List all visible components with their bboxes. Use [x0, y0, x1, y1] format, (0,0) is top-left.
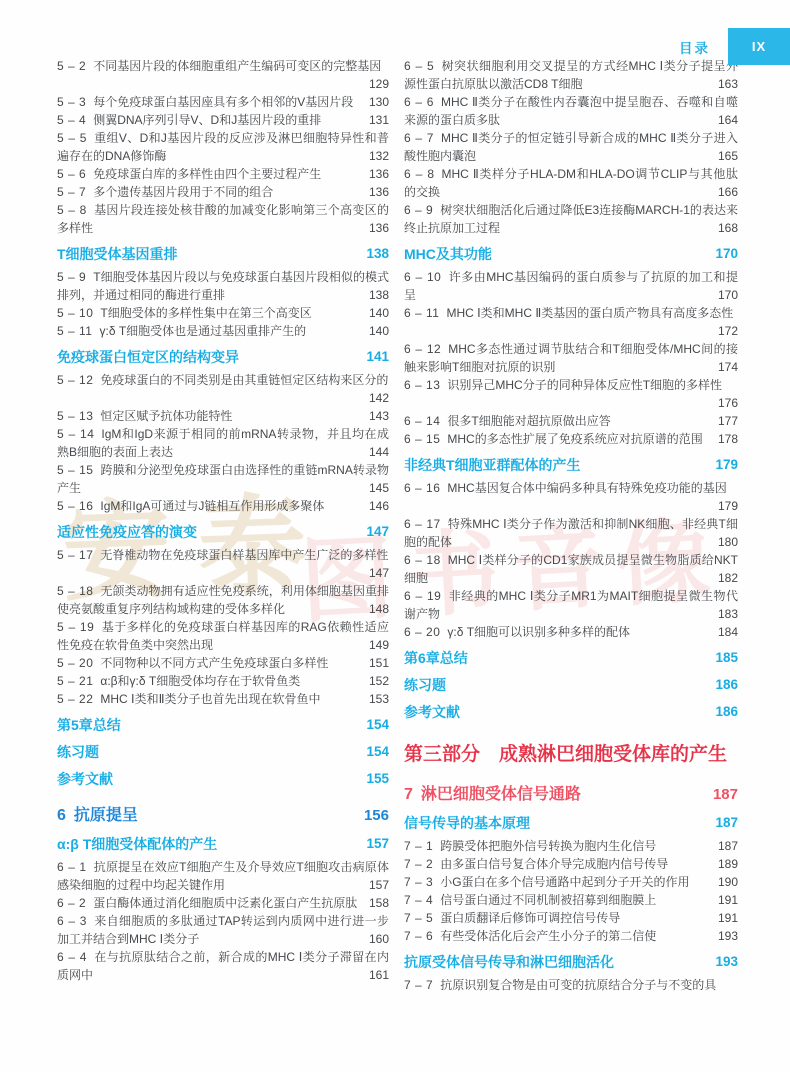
entry-page-number: 187: [710, 837, 738, 855]
toc-entry: 6 – 9树突状细胞活化后通过降低E3连接酶MARCH-1的表达来终止抗原加工过…: [404, 201, 738, 237]
entry-title: 信号传导的基本原理: [404, 815, 530, 831]
entry-title: 信号蛋白通过不同机制被招募到细胞膜上: [440, 893, 656, 907]
entry-page-number: 151: [361, 654, 389, 672]
entry-page-number: 186: [707, 702, 738, 722]
toc-entry: 5 – 8基因片段连接处核苷酸的加减变化影响第三个高变区的多样性136: [57, 201, 389, 237]
entry-number: 5 – 8: [57, 203, 87, 217]
entry-title: 跨膜和分泌型免疫球蛋白由选择性的重链mRNA转录物产生: [57, 463, 389, 495]
entry-number: 7: [404, 786, 413, 803]
entry-title: 非经典的MHC Ⅰ类分子MR1为MAIT细胞提呈微生物代谢产物: [404, 589, 738, 621]
toc-section-heading: MHC及其功能170: [404, 244, 738, 264]
entry-title: 恒定区赋予抗体功能特性: [100, 409, 232, 423]
page-number: IX: [752, 39, 766, 54]
entry-page-number: 132: [361, 147, 389, 165]
entry-title: 无颌类动物拥有适应性免疫系统，利用体细胞基因重排使亮氨酸重复序列结构域构建的受体…: [57, 584, 389, 616]
entry-number: 6 – 8: [404, 167, 435, 181]
toc-entry: 7 – 3小G蛋白在多个信号通路中起到分子开关的作用190: [404, 873, 738, 891]
toc-entry: 6 – 17特殊MHC Ⅰ类分子作为激活和抑制NK细胞、非经典T细胞的配体180: [404, 515, 738, 551]
entry-title: MHC及其功能: [404, 246, 492, 262]
toc-entry: 5 – 18无颌类动物拥有适应性免疫系统，利用体细胞基因重排使亮氨酸重复序列结构…: [57, 582, 389, 618]
toc-entry: 6 – 12MHC多态性通过调节肽结合和T细胞受体/MHC间的接触来影响T细胞对…: [404, 340, 738, 376]
entry-page-number: 174: [710, 358, 738, 376]
toc-entry: 5 – 20不同物种以不同方式产生免疫球蛋白多样性151: [57, 654, 389, 672]
entry-number: 6 – 6: [404, 95, 434, 109]
entry-page-number: 164: [710, 111, 738, 129]
toc-section-heading: 参考文献186: [404, 702, 738, 722]
entry-page-number: 180: [710, 533, 738, 551]
entry-page-number: 177: [710, 412, 738, 430]
toc-entry: 6 – 20γ:δ T细胞可以识别多种多样的配体184: [404, 623, 738, 641]
entry-title: 不同基因片段的体细胞重组产生编码可变区的完整基因: [93, 59, 381, 73]
entry-page-number: 146: [361, 497, 389, 515]
entry-page-number: 138: [358, 244, 389, 264]
entry-page-number: 184: [710, 623, 738, 641]
entry-page-number: 160: [361, 930, 389, 948]
entry-page-number: 143: [361, 407, 389, 425]
toc-section-heading: 免疫球蛋白恒定区的结构变异141: [57, 347, 389, 367]
toc-section-heading: 第5章总结154: [57, 715, 389, 735]
entry-number: 7 – 4: [404, 893, 433, 907]
entry-title: MHC Ⅱ类样分子HLA-DM和HLA-DO调节CLIP与其他肽的交换: [404, 167, 738, 199]
entry-number: 5 – 15: [57, 463, 93, 477]
entry-title: 蛋白质翻译后修饰可调控信号传导: [440, 911, 620, 925]
toc-entry: 5 – 19基于多样化的免疫球蛋白样基因库的RAG依赖性适应性免疫在软骨鱼类中突…: [57, 618, 389, 654]
toc-entry: 6 – 16MHC基因复合体中编码多种具有特殊免疫功能的基因179: [404, 479, 738, 515]
toc-entry: 6 – 14很多T细胞能对超抗原做出应答177: [404, 412, 738, 430]
entry-title: MHC的多态性扩展了免疫系统应对抗原谱的范围: [447, 432, 702, 446]
toc-entry: 6 – 3来自细胞质的多肽通过TAP转运到内质网中进行进一步加工并结合到MHC …: [57, 912, 389, 948]
entry-page-number: 191: [710, 891, 738, 909]
entry-page-number: 142: [361, 389, 389, 407]
entry-number: 5 – 7: [57, 185, 86, 199]
toc-entry: 5 – 12免疫球蛋白的不同类别是由其重链恒定区结构来区分的142: [57, 371, 389, 407]
entry-number: 5 – 12: [57, 373, 93, 387]
entry-number: 6 – 15: [404, 432, 440, 446]
entry-page-number: 157: [358, 834, 389, 854]
entry-page-number: 147: [361, 564, 389, 582]
entry-number: 5 – 13: [57, 409, 93, 423]
entry-number: 6 – 5: [404, 59, 434, 73]
entry-page-number: 157: [361, 876, 389, 894]
toc-entry: 5 – 7多个遗传基因片段用于不同的组合136: [57, 183, 389, 201]
entry-number: 6 – 4: [57, 950, 87, 964]
entry-title: 许多由MHC基因编码的蛋白质参与了抗原的加工和提呈: [404, 270, 738, 302]
entry-title: 抗原提呈在效应T细胞产生及介导效应T细胞攻击病原体感染细胞的过程中均起关键作用: [57, 860, 389, 892]
entry-number: 5 – 14: [57, 427, 94, 441]
entry-page-number: 179: [707, 455, 738, 475]
entry-title: MHC多态性通过调节肽结合和T细胞受体/MHC间的接触来影响T细胞对抗原的识别: [404, 342, 738, 374]
entry-number: 7 – 2: [404, 857, 433, 871]
entry-number: 5 – 9: [57, 270, 86, 284]
entry-page-number: 172: [710, 322, 738, 340]
entry-title: 基于多样化的免疫球蛋白样基因库的RAG依赖性适应性免疫在软骨鱼类中突然出现: [57, 620, 389, 652]
entry-page-number: 186: [707, 675, 738, 695]
entry-page-number: 136: [361, 165, 389, 183]
entry-title: IgM和IgA可通过与J链相互作用形成多聚体: [100, 499, 324, 513]
entry-page-number: 179: [710, 497, 738, 515]
toc-entry: 5 – 22MHC Ⅰ类和Ⅱ类分子也首先出现在软骨鱼中153: [57, 690, 389, 708]
entry-page-number: 149: [361, 636, 389, 654]
entry-title: 适应性免疫应答的演变: [57, 524, 197, 540]
entry-title: 来自细胞质的多肽通过TAP转运到内质网中进行进一步加工并结合到MHC Ⅰ类分子: [57, 914, 389, 946]
toc-entry: 5 – 5重组V、D和J基因片段的反应涉及淋巴细胞特异性和普遍存在的DNA修饰酶…: [57, 129, 389, 165]
entry-page-number: 147: [358, 522, 389, 542]
entry-page-number: 161: [361, 966, 389, 984]
entry-number: 7 – 1: [404, 839, 433, 853]
entry-title: 有些受体活化后会产生小分子的第二信使: [440, 929, 656, 943]
entry-page-number: 170: [710, 286, 738, 304]
entry-title: 基因片段连接处核苷酸的加减变化影响第三个高变区的多样性: [57, 203, 389, 235]
entry-title: IgM和IgD来源于相同的前mRNA转录物，并且均在成熟B细胞的表面上表达: [57, 427, 389, 459]
entry-title: MHC基因复合体中编码多种具有特殊免疫功能的基因: [447, 481, 726, 495]
entry-number: 7 – 6: [404, 929, 433, 943]
toc-entry: 6 – 11MHC Ⅰ类和MHC Ⅱ类基因的蛋白质产物具有高度多态性172: [404, 304, 738, 340]
toc-entry: 6 – 15MHC的多态性扩展了免疫系统应对抗原谱的范围178: [404, 430, 738, 448]
toc-section-heading: 练习题186: [404, 675, 738, 695]
entry-number: 7 – 7: [404, 978, 433, 992]
toc-entry: 6 – 10许多由MHC基因编码的蛋白质参与了抗原的加工和提呈170: [404, 268, 738, 304]
toc-entry: 5 – 6免疫球蛋白库的多样性由四个主要过程产生136: [57, 165, 389, 183]
entry-number: 6 – 7: [404, 131, 434, 145]
toc-entry: 7 – 4信号蛋白通过不同机制被招募到细胞膜上191: [404, 891, 738, 909]
entry-title: 免疫球蛋白库的多样性由四个主要过程产生: [93, 167, 321, 181]
entry-title: 多个遗传基因片段用于不同的组合: [93, 185, 273, 199]
entry-page-number: 190: [710, 873, 738, 891]
entry-title: 跨膜受体把胞外信号转换为胞内生化信号: [440, 839, 656, 853]
entry-number: 5 – 22: [57, 692, 93, 706]
entry-page-number: 154: [358, 742, 389, 762]
toc-entry: 5 – 10T细胞受体的多样性集中在第三个高变区140: [57, 304, 389, 322]
toc-entry: 7 – 6有些受体活化后会产生小分子的第二信使193: [404, 927, 738, 945]
entry-page-number: 154: [358, 715, 389, 735]
entry-page-number: 153: [361, 690, 389, 708]
entry-number: 6 – 9: [404, 203, 433, 217]
entry-number: 5 – 2: [57, 59, 86, 73]
entry-title: 蛋白酶体通过消化细胞质中泛素化蛋白产生抗原肽: [93, 896, 357, 910]
toc-entry: 5 – 14IgM和IgD来源于相同的前mRNA转录物，并且均在成熟B细胞的表面…: [57, 425, 389, 461]
entry-page-number: 168: [710, 219, 738, 237]
entry-number: 6 – 17: [404, 517, 441, 531]
entry-title: MHC Ⅱ类分子的恒定链引导新合成的MHC Ⅱ类分子进入酸性胞内囊泡: [404, 131, 738, 163]
entry-number: 6 – 1: [57, 860, 87, 874]
entry-title: T细胞受体基因片段以与免疫球蛋白基因片段相似的模式排列，并通过相同的酶进行重排: [57, 270, 389, 302]
entry-title: 第6章总结: [404, 650, 468, 666]
entry-title: MHC Ⅱ类分子在酸性内吞囊泡中提呈胞吞、吞噬和自噬来源的蛋白质多肽: [404, 95, 738, 127]
entry-number: 6 – 11: [404, 306, 439, 320]
toc-entry: 6 – 2蛋白酶体通过消化细胞质中泛素化蛋白产生抗原肽158: [57, 894, 389, 912]
entry-number: 6: [57, 807, 66, 824]
entry-title: 树突状细胞利用交叉提呈的方式经MHC Ⅰ类分子提呈外源性蛋白抗原肽以激活CD8 …: [404, 59, 738, 91]
entry-title: 特殊MHC Ⅰ类分子作为激活和抑制NK细胞、非经典T细胞的配体: [404, 517, 738, 549]
toc-entry: 6 – 8MHC Ⅱ类样分子HLA-DM和HLA-DO调节CLIP与其他肽的交换…: [404, 165, 738, 201]
toc-entry: 6 – 7MHC Ⅱ类分子的恒定链引导新合成的MHC Ⅱ类分子进入酸性胞内囊泡1…: [404, 129, 738, 165]
toc-entry: 6 – 6MHC Ⅱ类分子在酸性内吞囊泡中提呈胞吞、吞噬和自噬来源的蛋白质多肽1…: [404, 93, 738, 129]
entry-title: 抗原受体信号传导和淋巴细胞活化: [404, 954, 614, 970]
toc-entry: 5 – 4侧翼DNA序列引导V、D和J基因片段的重排131: [57, 111, 389, 129]
entry-number: 5 – 16: [57, 499, 93, 513]
page-number-badge: IX: [728, 28, 790, 65]
toc-entry: 6 – 19非经典的MHC Ⅰ类分子MR1为MAIT细胞提呈微生物代谢产物183: [404, 587, 738, 623]
entry-page-number: 191: [710, 909, 738, 927]
entry-title: 抗原提呈: [74, 807, 138, 824]
entry-page-number: 130: [361, 93, 389, 111]
entry-title: 练习题: [404, 677, 446, 693]
toc-section-heading: 信号传导的基本原理187: [404, 813, 738, 833]
toc-entry: 5 – 2不同基因片段的体细胞重组产生编码可变区的完整基因129: [57, 57, 389, 93]
entry-title: 每个免疫球蛋白基因座具有多个相邻的V基因片段: [93, 95, 353, 109]
toc-entry: 5 – 15跨膜和分泌型免疫球蛋白由选择性的重链mRNA转录物产生145: [57, 461, 389, 497]
entry-page-number: 136: [361, 219, 389, 237]
toc-section-heading: 练习题154: [57, 742, 389, 762]
entry-title: 参考文献: [404, 704, 460, 720]
entry-title: MHC Ⅰ类样分子的CD1家族成员提呈微生物脂质给NKT细胞: [404, 553, 738, 585]
entry-number: 5 – 19: [57, 620, 94, 634]
toc-section-heading: 第6章总结185: [404, 648, 738, 668]
entry-page-number: 138: [361, 286, 389, 304]
toc-entry: 5 – 9T细胞受体基因片段以与免疫球蛋白基因片段相似的模式排列，并通过相同的酶…: [57, 268, 389, 304]
entry-number: 6 – 14: [404, 414, 440, 428]
entry-page-number: 158: [361, 894, 389, 912]
entry-title: MHC Ⅰ类和Ⅱ类分子也首先出现在软骨鱼中: [100, 692, 320, 706]
entry-title: 侧翼DNA序列引导V、D和J基因片段的重排: [93, 113, 321, 127]
toc-entry: 6 – 18MHC Ⅰ类样分子的CD1家族成员提呈微生物脂质给NKT细胞182: [404, 551, 738, 587]
toc-entry: 6 – 1抗原提呈在效应T细胞产生及介导效应T细胞攻击病原体感染细胞的过程中均起…: [57, 858, 389, 894]
toc-entry: 7 – 1跨膜受体把胞外信号转换为胞内生化信号187: [404, 837, 738, 855]
entry-number: 5 – 18: [57, 584, 93, 598]
entry-page-number: 185: [707, 648, 738, 668]
entry-page-number: 141: [358, 347, 389, 367]
entry-title: 重组V、D和J基因片段的反应涉及淋巴细胞特异性和普遍存在的DNA修饰酶: [57, 131, 389, 163]
entry-number: 7 – 3: [404, 875, 433, 889]
entry-page-number: 129: [361, 75, 389, 93]
toc-entry: 6 – 4在与抗原肽结合之前，新合成的MHC Ⅰ类分子滞留在内质网中161: [57, 948, 389, 984]
toc-entry: 5 – 3每个免疫球蛋白基因座具有多个相邻的V基因片段130: [57, 93, 389, 111]
entry-page-number: 182: [710, 569, 738, 587]
entry-page-number: 136: [361, 183, 389, 201]
entry-page-number: 156: [356, 805, 389, 827]
entry-title: 免疫球蛋白的不同类别是由其重链恒定区结构来区分的: [100, 373, 388, 387]
toc-section-heading: 适应性免疫应答的演变147: [57, 522, 389, 542]
entry-number: 5 – 17: [57, 548, 93, 562]
entry-number: 5 – 20: [57, 656, 93, 670]
entry-title: 小G蛋白在多个信号通路中起到分子开关的作用: [440, 875, 689, 889]
entry-number: 5 – 11: [57, 324, 92, 338]
entry-number: 5 – 5: [57, 131, 87, 145]
entry-title: γ:δ T细胞受体也是通过基因重排产生的: [99, 324, 306, 338]
toc-entry: 6 – 13识别异己MHC分子的同种异体反应性T细胞的多样性176: [404, 376, 738, 412]
entry-title: α:β T细胞受体配体的产生: [57, 836, 217, 852]
toc-section-heading: 参考文献155: [57, 769, 389, 789]
toc-section-heading: 抗原受体信号传导和淋巴细胞活化193: [404, 952, 738, 972]
toc-page: 目录 IX 安泰 图书音像 5 – 2不同基因片段的体细胞重组产生编码可变区的完…: [0, 0, 790, 1072]
entry-page-number: 183: [710, 605, 738, 623]
entry-page-number: 193: [710, 927, 738, 945]
entry-title: 无脊椎动物在免疫球蛋白样基因库中产生广泛的多样性: [100, 548, 388, 562]
entry-number: 6 – 2: [57, 896, 86, 910]
entry-title: γ:δ T细胞可以识别多种多样的配体: [447, 625, 630, 639]
toc-chapter-heading: 7淋巴细胞受体信号通路187: [404, 784, 738, 806]
entry-number: 7 – 5: [404, 911, 433, 925]
toc-entry: 7 – 5蛋白质翻译后修饰可调控信号传导191: [404, 909, 738, 927]
entry-page-number: 140: [361, 304, 389, 322]
toc-section-heading: α:β T细胞受体配体的产生157: [57, 834, 389, 854]
toc-entry: 5 – 13恒定区赋予抗体功能特性143: [57, 407, 389, 425]
entry-number: 6 – 12: [404, 342, 441, 356]
entry-page-number: 144: [361, 443, 389, 461]
entry-number: 6 – 20: [404, 625, 440, 639]
entry-number: 6 – 19: [404, 589, 441, 603]
entry-page-number: 148: [361, 600, 389, 618]
entry-number: 6 – 10: [404, 270, 441, 284]
entry-title: 免疫球蛋白恒定区的结构变异: [57, 349, 239, 365]
entry-title: MHC Ⅰ类和MHC Ⅱ类基因的蛋白质产物具有高度多态性: [446, 306, 733, 320]
entry-title: α:β和γ:δ T细胞受体均存在于软骨鱼类: [100, 674, 300, 688]
toc-entry: 5 – 21α:β和γ:δ T细胞受体均存在于软骨鱼类152: [57, 672, 389, 690]
entry-page-number: 187: [707, 813, 738, 833]
entry-number: 5 – 3: [57, 95, 86, 109]
toc-entry: 7 – 7抗原识别复合物是由可变的抗原结合分子与不变的具: [404, 976, 738, 994]
entry-title: 树突状细胞活化后通过降低E3连接酶MARCH-1的表达来终止抗原加工过程: [404, 203, 738, 235]
toc-entry: 5 – 11γ:δ T细胞受体也是通过基因重排产生的140: [57, 322, 389, 340]
entry-page-number: 165: [710, 147, 738, 165]
entry-page-number: 189: [710, 855, 738, 873]
header-label: 目录: [679, 37, 710, 57]
entry-number: 5 – 21: [57, 674, 93, 688]
entry-number: 5 – 6: [57, 167, 86, 181]
toc-part-heading: 第三部分 成熟淋巴细胞受体库的产生: [404, 742, 738, 768]
entry-title: T细胞受体基因重排: [57, 246, 178, 262]
entry-title: 抗原识别复合物是由可变的抗原结合分子与不变的具: [440, 978, 716, 992]
entry-title: 淋巴细胞受体信号通路: [421, 786, 581, 803]
entry-title: 第三部分 成熟淋巴细胞受体库的产生: [404, 744, 727, 765]
entry-title: 在与抗原肽结合之前，新合成的MHC Ⅰ类分子滞留在内质网中: [57, 950, 389, 982]
entry-page-number: 152: [361, 672, 389, 690]
entry-page-number: 155: [358, 769, 389, 789]
entry-title: 练习题: [57, 744, 99, 760]
entry-page-number: 178: [710, 430, 738, 448]
entry-page-number: 131: [361, 111, 389, 129]
entry-page-number: 187: [705, 784, 738, 806]
entry-number: 6 – 18: [404, 553, 441, 567]
toc-entry: 7 – 2由多蛋白信号复合体介导完成胞内信号传导189: [404, 855, 738, 873]
entry-title: 不同物种以不同方式产生免疫球蛋白多样性: [100, 656, 328, 670]
toc-entry: 5 – 17无脊椎动物在免疫球蛋白样基因库中产生广泛的多样性147: [57, 546, 389, 582]
toc-column-left: 5 – 2不同基因片段的体细胞重组产生编码可变区的完整基因1295 – 3每个免…: [57, 57, 389, 984]
entry-page-number: 140: [361, 322, 389, 340]
entry-number: 5 – 4: [57, 113, 86, 127]
toc-chapter-heading: 6抗原提呈156: [57, 805, 389, 827]
entry-number: 6 – 13: [404, 378, 440, 392]
entry-title: 参考文献: [57, 771, 113, 787]
toc-entry: 5 – 16IgM和IgA可通过与J链相互作用形成多聚体146: [57, 497, 389, 515]
entry-title: T细胞受体的多样性集中在第三个高变区: [100, 306, 311, 320]
entry-page-number: 166: [710, 183, 738, 201]
entry-title: 第5章总结: [57, 717, 121, 733]
entry-number: 6 – 16: [404, 481, 440, 495]
entry-page-number: 145: [361, 479, 389, 497]
entry-title: 非经典T细胞亚群配体的产生: [404, 457, 581, 473]
entry-title: 很多T细胞能对超抗原做出应答: [447, 414, 610, 428]
entry-number: 5 – 10: [57, 306, 93, 320]
entry-title: 由多蛋白信号复合体介导完成胞内信号传导: [440, 857, 668, 871]
entry-number: 6 – 3: [57, 914, 87, 928]
entry-page-number: 193: [707, 952, 738, 972]
entry-title: 识别异己MHC分子的同种异体反应性T细胞的多样性: [447, 378, 722, 392]
toc-section-heading: T细胞受体基因重排138: [57, 244, 389, 264]
toc-entry: 6 – 5树突状细胞利用交叉提呈的方式经MHC Ⅰ类分子提呈外源性蛋白抗原肽以激…: [404, 57, 738, 93]
toc-column-right: 6 – 5树突状细胞利用交叉提呈的方式经MHC Ⅰ类分子提呈外源性蛋白抗原肽以激…: [404, 57, 738, 994]
toc-section-heading: 非经典T细胞亚群配体的产生179: [404, 455, 738, 475]
entry-page-number: 163: [710, 75, 738, 93]
entry-page-number: 170: [707, 244, 738, 264]
entry-page-number: 176: [710, 394, 738, 412]
